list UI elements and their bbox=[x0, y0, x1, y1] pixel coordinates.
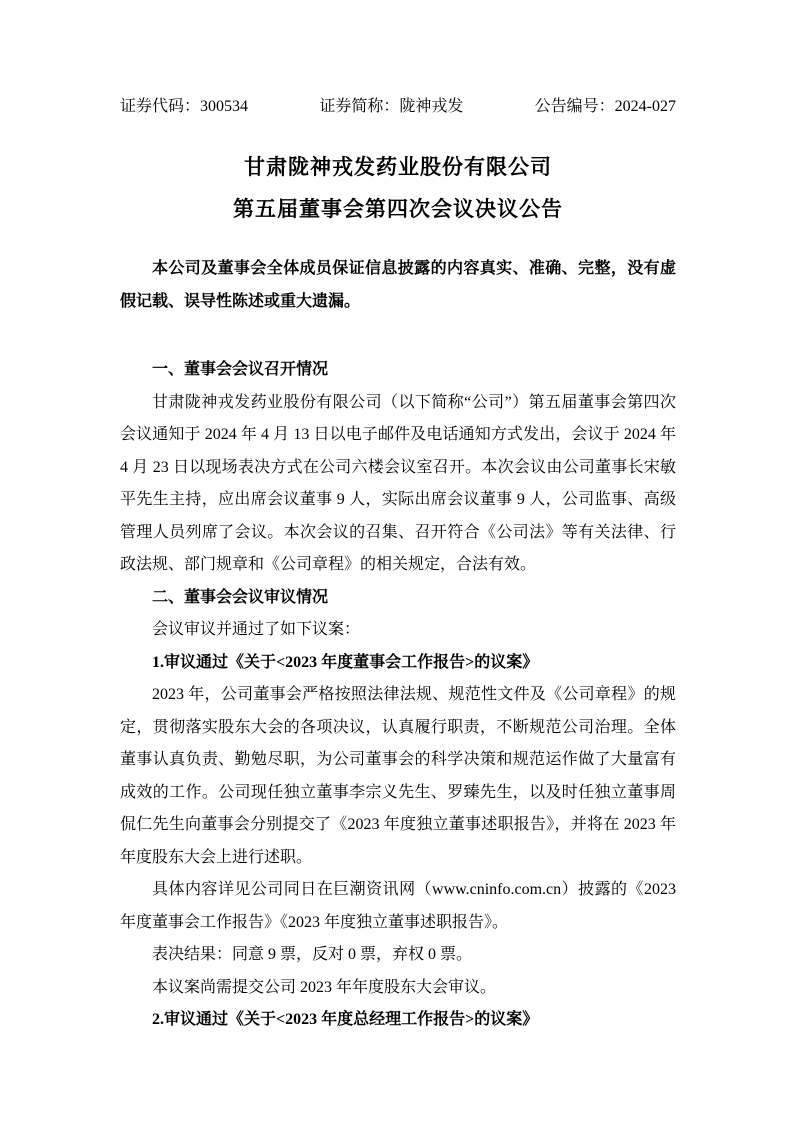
stock-short-name: 证券简称：陇神戎发 bbox=[319, 96, 463, 118]
section2-heading: 二、董事会会议审议情况 bbox=[120, 582, 676, 615]
item1-vote-result: 表决结果：同意 9 票，反对 0 票，弃权 0 票。 bbox=[120, 939, 676, 972]
securities-header: 证券代码：300534 证券简称：陇神戎发 公告编号：2024-027 bbox=[120, 96, 676, 118]
section1-heading: 一、董事会会议召开情况 bbox=[120, 354, 676, 387]
item1-note: 本议案尚需提交公司 2023 年年度股东大会审议。 bbox=[120, 972, 676, 1005]
disclaimer-paragraph: 本公司及董事会全体成员保证信息披露的内容真实、准确、完整，没有虚假记载、误导性陈… bbox=[120, 252, 676, 318]
announcement-number: 公告编号：2024-027 bbox=[535, 96, 676, 118]
item1-heading: 1.审议通过《关于<2023 年度董事会工作报告>的议案》 bbox=[120, 647, 676, 680]
section1-paragraph: 甘肃陇神戎发药业股份有限公司（以下简称“公司”）第五届董事会第四次会议通知于 2… bbox=[120, 387, 676, 582]
stock-code: 证券代码：300534 bbox=[120, 96, 248, 118]
item1-paragraph1: 2023 年，公司董事会严格按照法律法规、规范性文件及《公司章程》的规定，贯彻落… bbox=[120, 679, 676, 874]
section2-intro: 会议审议并通过了如下议案： bbox=[120, 614, 676, 647]
document-body: 一、董事会会议召开情况 甘肃陇神戎发药业股份有限公司（以下简称“公司”）第五届董… bbox=[120, 354, 676, 1037]
item1-paragraph2: 具体内容详见公司同日在巨潮资讯网（www.cninfo.com.cn）披露的《2… bbox=[120, 874, 676, 939]
item2-heading: 2.审议通过《关于<2023 年度总经理工作报告>的议案》 bbox=[120, 1004, 676, 1037]
company-name-title: 甘肃陇神戎发药业股份有限公司 bbox=[120, 146, 676, 188]
title-block: 甘肃陇神戎发药业股份有限公司 第五届董事会第四次会议决议公告 bbox=[120, 146, 676, 230]
announcement-page: 证券代码：300534 证券简称：陇神戎发 公告编号：2024-027 甘肃陇神… bbox=[0, 0, 794, 1122]
announcement-title: 第五届董事会第四次会议决议公告 bbox=[120, 188, 676, 230]
